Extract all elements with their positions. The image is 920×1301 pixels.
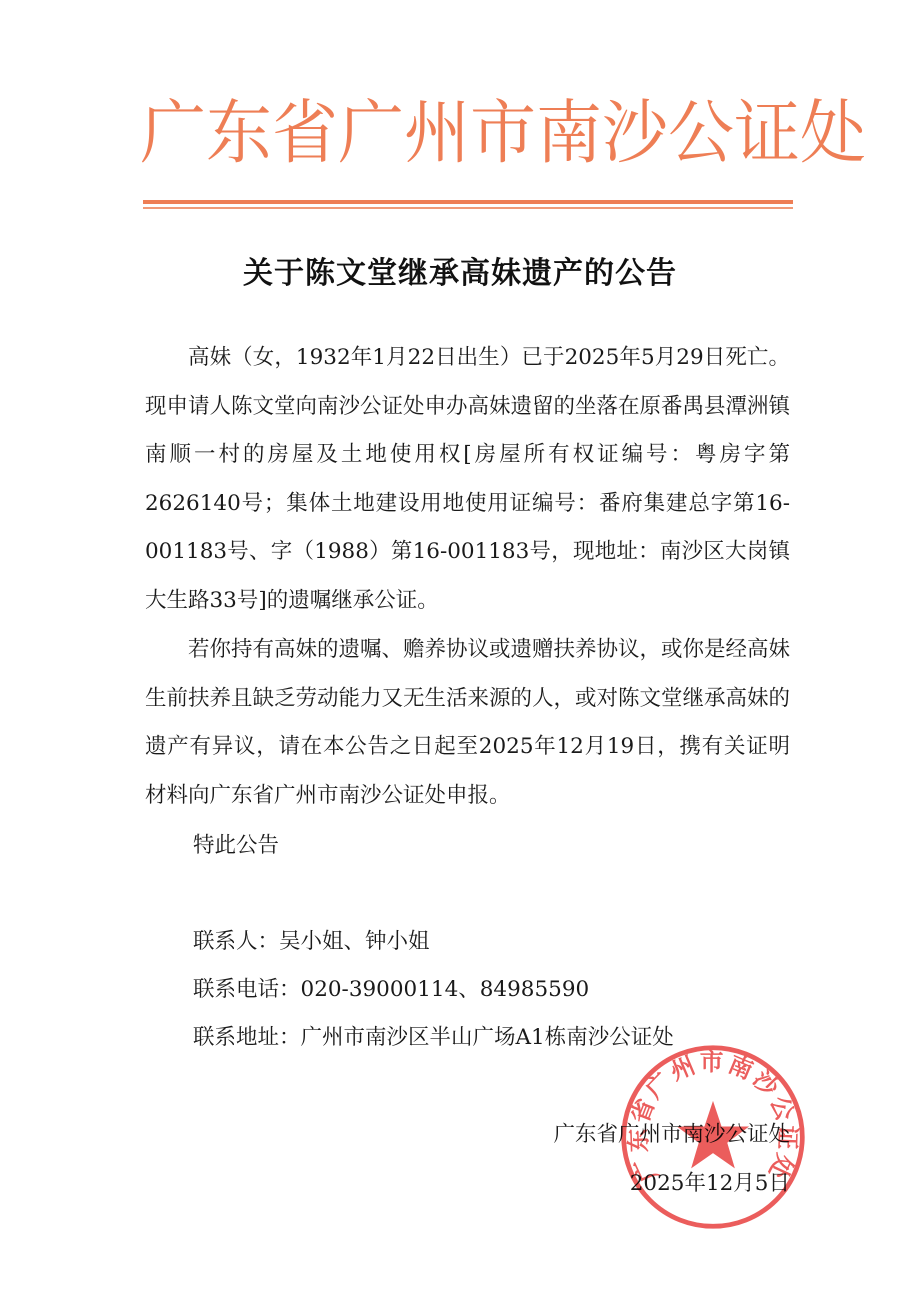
contact-phone-value: 020-39000114、84985590: [301, 977, 590, 1002]
notice-title: 关于陈文堂继承高妹遗产的公告: [0, 252, 920, 296]
contact-phone: 联系电话：020-39000114、84985590: [193, 970, 589, 1010]
contact-address: 联系地址：广州市南沙区半山广场A1栋南沙公证处: [193, 1018, 674, 1058]
contact-person: 联系人：吴小姐、钟小姐: [193, 922, 430, 962]
contact-address-label: 联系地址：: [193, 1025, 301, 1050]
letterhead-divider-thin: [143, 207, 793, 209]
contact-person-label: 联系人：: [193, 929, 279, 954]
notice-closing: 特此公告: [193, 822, 279, 870]
notice-paragraph-1: 高妹（女，1932年1月22日出生）已于2025年5月29日死亡。现申请人陈文堂…: [145, 334, 790, 625]
official-seal-icon: 广东省广州市南沙公证处: [618, 1042, 808, 1232]
contact-phone-label: 联系电话：: [193, 977, 301, 1002]
contact-person-value: 吴小姐、钟小姐: [279, 929, 430, 954]
notice-paragraph-2: 若你持有高妹的遗嘱、赡养协议或遗赠扶养协议，或你是经高妹生前扶养且缺乏劳动能力又…: [145, 626, 790, 820]
letterhead-divider-thick: [143, 200, 793, 204]
letterhead-org-name: 广东省广州市南沙公证处: [140, 88, 795, 178]
